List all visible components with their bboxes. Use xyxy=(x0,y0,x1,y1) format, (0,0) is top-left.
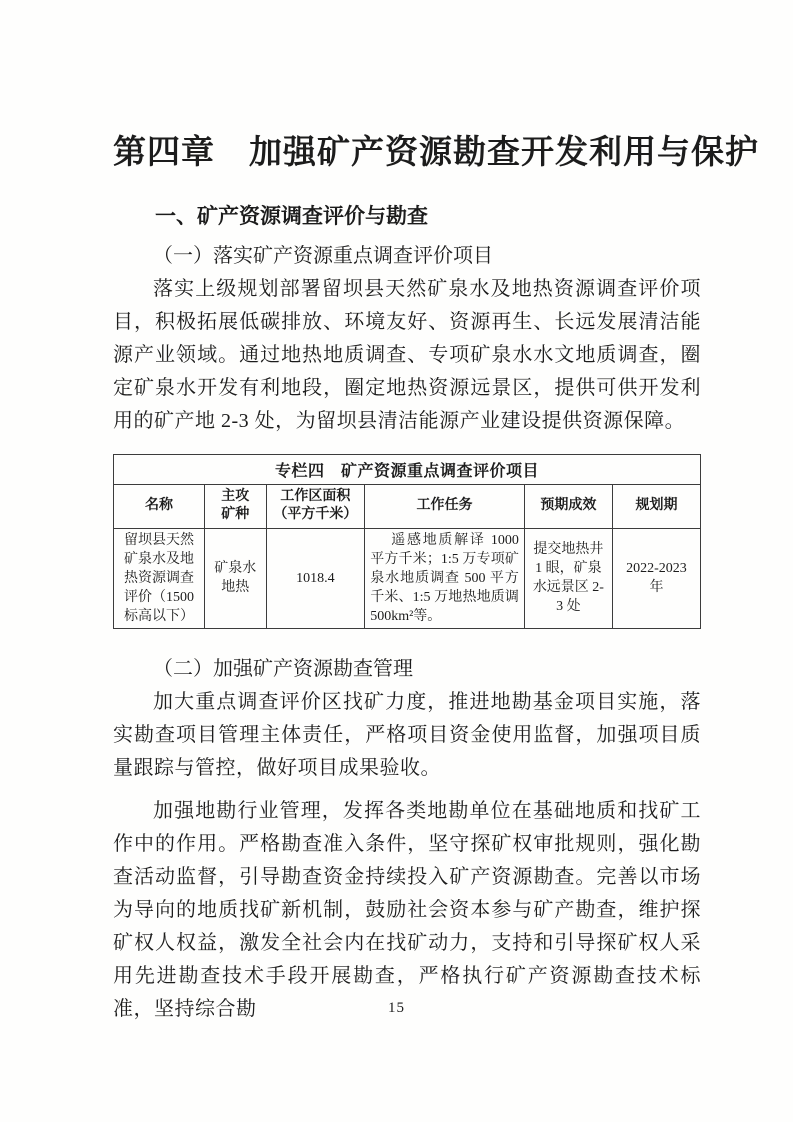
table-row: 留坝县天然矿泉水及地热资源调查评价（1500标高以下） 矿泉水 地热 1018.… xyxy=(114,528,701,628)
cell-planning-period: 2022-2023 年 xyxy=(612,528,700,628)
table-title: 专栏四 矿产资源重点调查评价项目 xyxy=(114,454,701,484)
chapter-title: 第四章 加强矿产资源勘查开发利用与保护 xyxy=(113,130,701,175)
column-header-name: 名称 xyxy=(114,484,205,528)
column-header-period: 规划期 xyxy=(612,484,700,528)
column-header-task: 工作任务 xyxy=(365,484,525,528)
page-number: 15 xyxy=(0,1000,793,1017)
cell-work-area: 1018.4 xyxy=(266,528,365,628)
subsection-heading-1: （一）落实矿产资源重点调查评价项目 xyxy=(113,240,701,273)
table-title-row: 专栏四 矿产资源重点调查评价项目 xyxy=(114,454,701,484)
table-header-row: 名称 主攻 矿种 工作区面积 （平方千米） 工作任务 预期成效 规划期 xyxy=(114,484,701,528)
subsection-heading-2: （二）加强矿产资源勘查管理 xyxy=(113,653,701,686)
section-heading-1: 一、矿产资源调查评价与勘查 xyxy=(113,202,701,230)
cell-expected-result: 提交地热井 1 眼，矿泉水远景区 2-3 处 xyxy=(524,528,612,628)
column-header-area: 工作区面积 （平方千米） xyxy=(266,484,365,528)
column-header-outcome: 预期成效 xyxy=(524,484,612,528)
paragraph-2: 加大重点调查评价区找矿力度，推进地勘基金项目实施，落实勘查项目管理主体责任，严格… xyxy=(113,686,701,785)
cell-work-task: 遥感地质解译 1000 平方千米；1:5 万专项矿泉水地质调查 500 平方千米… xyxy=(365,528,525,628)
document-page: 第四章 加强矿产资源勘查开发利用与保护 一、矿产资源调查评价与勘查 （一）落实矿… xyxy=(0,0,793,1122)
cell-project-name: 留坝县天然矿泉水及地热资源调查评价（1500标高以下） xyxy=(114,528,205,628)
project-table: 专栏四 矿产资源重点调查评价项目 名称 主攻 矿种 工作区面积 （平方千米） 工… xyxy=(113,454,701,629)
column-header-mineral: 主攻 矿种 xyxy=(204,484,266,528)
paragraph-3: 加强地勘行业管理，发挥各类地勘单位在基础地质和找矿工作中的作用。严格勘查准入条件… xyxy=(113,795,701,1026)
paragraph-1: 落实上级规划部署留坝县天然矿泉水及地热资源调查评价项目，积极拓展低碳排放、环境友… xyxy=(113,273,701,438)
cell-mineral-type: 矿泉水 地热 xyxy=(204,528,266,628)
